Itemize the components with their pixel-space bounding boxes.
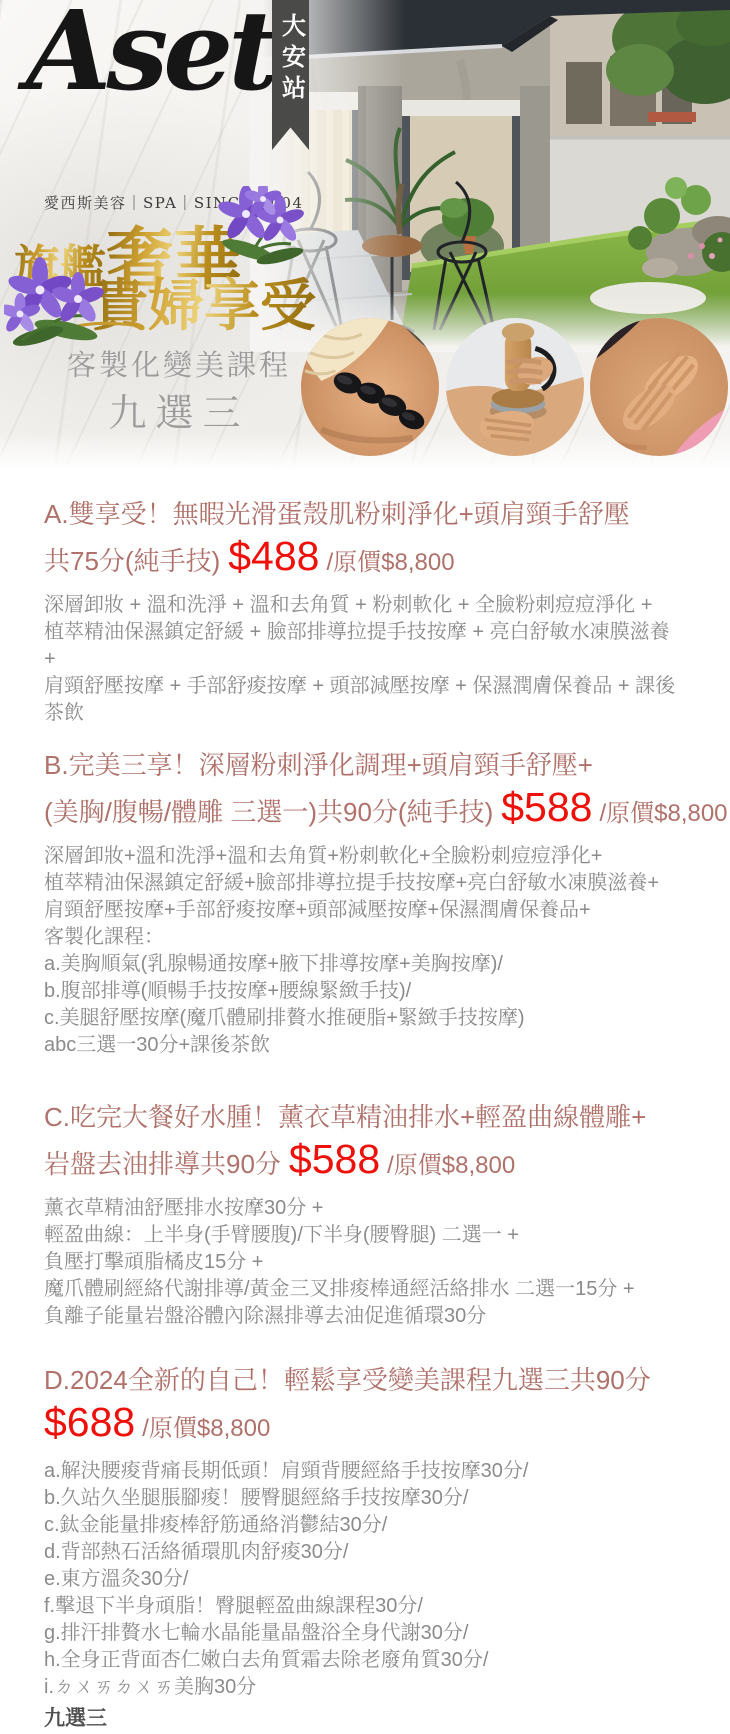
price: $488	[228, 533, 319, 579]
price: $688	[44, 1399, 135, 1445]
detail-line: a.解決腰痠背痛長期低頭！肩頸背腰經絡手技按摩30分/	[44, 1458, 686, 1485]
detail-line: 負離子能量岩盤浴體內除濕排導去油促進循環30分	[44, 1303, 686, 1330]
course-price-line: $688/原價$8,800	[44, 1399, 686, 1452]
detail-line: 薰衣草精油舒壓排水按摩30分 +	[44, 1195, 686, 1222]
course-title: D.2024全新的自己！輕鬆享受變美課程九選三共90分	[44, 1362, 686, 1399]
course-duration: 岩盤去油排導共90分	[44, 1149, 281, 1179]
hot-stone-massage-photo	[301, 318, 439, 456]
course-details: 深層卸妝 + 溫和洗淨 + 溫和去角質 + 粉刺軟化 + 全臉粉刺痘痘淨化 + …	[44, 592, 686, 727]
course-price-line: 共75分(純手技)$488/原價$8,800	[44, 533, 686, 586]
course-price-line: 岩盤去油排導共90分$588/原價$8,800	[44, 1136, 686, 1189]
pick-three-note: 九選三	[44, 1704, 686, 1734]
course-duration: (美胸/腹暢/體雕 三選一)共90分(純手技)	[44, 797, 493, 827]
brand-logo: Aset	[26, 0, 274, 115]
detail-line: 植萃精油保濕鎮定舒緩 + 臉部排導拉提手技按摩 + 亮白舒敏水凍膜滋養 +	[44, 619, 686, 673]
back-hands-massage-photo	[590, 318, 728, 456]
price: $588	[289, 1136, 380, 1182]
course-duration: 共75分(純手技)	[44, 546, 220, 576]
course-section-d: D.2024全新的自己！輕鬆享受變美課程九選三共90分 $688/原價$8,80…	[0, 1362, 730, 1734]
detail-line: b.腹部排導(順暢手技按摩+腰線緊緻手技)/	[44, 978, 686, 1005]
detail-line: 深層卸妝 + 溫和洗淨 + 溫和去角質 + 粉刺軟化 + 全臉粉刺痘痘淨化 +	[44, 592, 686, 619]
detail-line: abc三選一30分+課後茶飲	[44, 1032, 686, 1059]
wooden-tool-massage-photo	[446, 318, 584, 456]
course-title: A.雙享受！無暇光滑蛋殼肌粉刺淨化+頭肩頸手舒壓	[44, 496, 686, 533]
station-badge: 大安站	[272, 0, 309, 150]
detail-line: h.全身正背面杏仁嫩白去角質霜去除老廢角質30分/	[44, 1647, 686, 1674]
original-price: /原價$8,800	[599, 800, 727, 827]
detail-line: g.排汗排贅水七輪水晶能量晶盤浴全身代謝30分/	[44, 1620, 686, 1647]
course-details: a.解決腰痠背痛長期低頭！肩頸背腰經絡手技按摩30分/ b.久站久坐腿脹腳痠！腰…	[44, 1458, 686, 1701]
detail-line: 負壓打擊頑脂橘皮15分 +	[44, 1249, 686, 1276]
detail-line: 魔爪體刷經絡代謝排導/黃金三叉排痠棒通經活絡排水 二選一15分 +	[44, 1276, 686, 1303]
course-section-b: B.完美三享！深層粉刺淨化調理+頭肩頸手舒壓+ (美胸/腹暢/體雕 三選一)共9…	[0, 747, 730, 1059]
hero-banner: 大安站 Aset 愛西斯美容｜SPA｜SINCE 2004 旗艦奢華 貴婦享受	[0, 0, 730, 470]
flower-icon	[216, 186, 308, 274]
detail-line: c.鈦金能量排痠棒舒筋通絡消鬱結30分/	[44, 1512, 686, 1539]
detail-line: c.美腿舒壓按摩(魔爪體刷排贅水推硬脂+緊緻手技按摩)	[44, 1005, 686, 1032]
course-section-a: A.雙享受！無暇光滑蛋殼肌粉刺淨化+頭肩頸手舒壓 共75分(純手技)$488/原…	[0, 496, 730, 727]
detail-line: b.久站久坐腿脹腳痠！腰臀腿經絡手技按摩30分/	[44, 1485, 686, 1512]
detail-line: a.美胸順氣(乳腺暢通按摩+腋下排導按摩+美胸按摩)/	[44, 951, 686, 978]
course-details: 深層卸妝+溫和洗淨+溫和去角質+粉刺軟化+全臉粉刺痘痘淨化+ 植萃精油保濕鎮定舒…	[44, 843, 686, 1059]
detail-line: 客製化課程：	[44, 924, 686, 951]
detail-line: i.ㄉㄨㄞㄉㄨㄞ美胸30分	[44, 1674, 686, 1701]
detail-line: d.背部熱石活絡循環肌肉舒痠30分/	[44, 1539, 686, 1566]
original-price: /原價$8,800	[326, 549, 454, 576]
price: $588	[501, 784, 592, 830]
course-details: 薰衣草精油舒壓排水按摩30分 + 輕盈曲線：上半身(手臂腰腹)/下半身(腰臀腿)…	[44, 1195, 686, 1330]
detail-line: 植萃精油保濕鎮定舒緩+臉部排導拉提手技按摩+亮白舒敏水凍膜滋養+	[44, 870, 686, 897]
detail-line: f.擊退下半身頑脂！臀腿輕盈曲線課程30分/	[44, 1593, 686, 1620]
course-price-line: (美胸/腹暢/體雕 三選一)共90分(純手技)$588/原價$8,800	[44, 784, 686, 837]
detail-line: 深層卸妝+溫和洗淨+溫和去角質+粉刺軟化+全臉粉刺痘痘淨化+	[44, 843, 686, 870]
detail-line: 肩頸舒壓按摩+手部舒痠按摩+頭部減壓按摩+保濕潤膚保養品+	[44, 897, 686, 924]
original-price: /原價$8,800	[387, 1152, 515, 1179]
detail-line: 輕盈曲線：上半身(手臂腰腹)/下半身(腰臀腿) 二選一 +	[44, 1222, 686, 1249]
detail-line: 肩頸舒壓按摩 + 手部舒痠按摩 + 頭部減壓按摩 + 保濕潤膚保養品 + 課後茶…	[44, 673, 686, 727]
course-title: B.完美三享！深層粉刺淨化調理+頭肩頸手舒壓+	[44, 747, 686, 784]
course-section-c: C.吃完大餐好水腫！薰衣草精油排水+輕盈曲線體雕+ 岩盤去油排導共90分$588…	[0, 1099, 730, 1330]
original-price: /原價$8,800	[142, 1415, 270, 1442]
flower-icon	[4, 256, 118, 350]
detail-line: e.東方溫灸30分/	[44, 1566, 686, 1593]
course-title: C.吃完大餐好水腫！薰衣草精油排水+輕盈曲線體雕+	[44, 1099, 686, 1136]
